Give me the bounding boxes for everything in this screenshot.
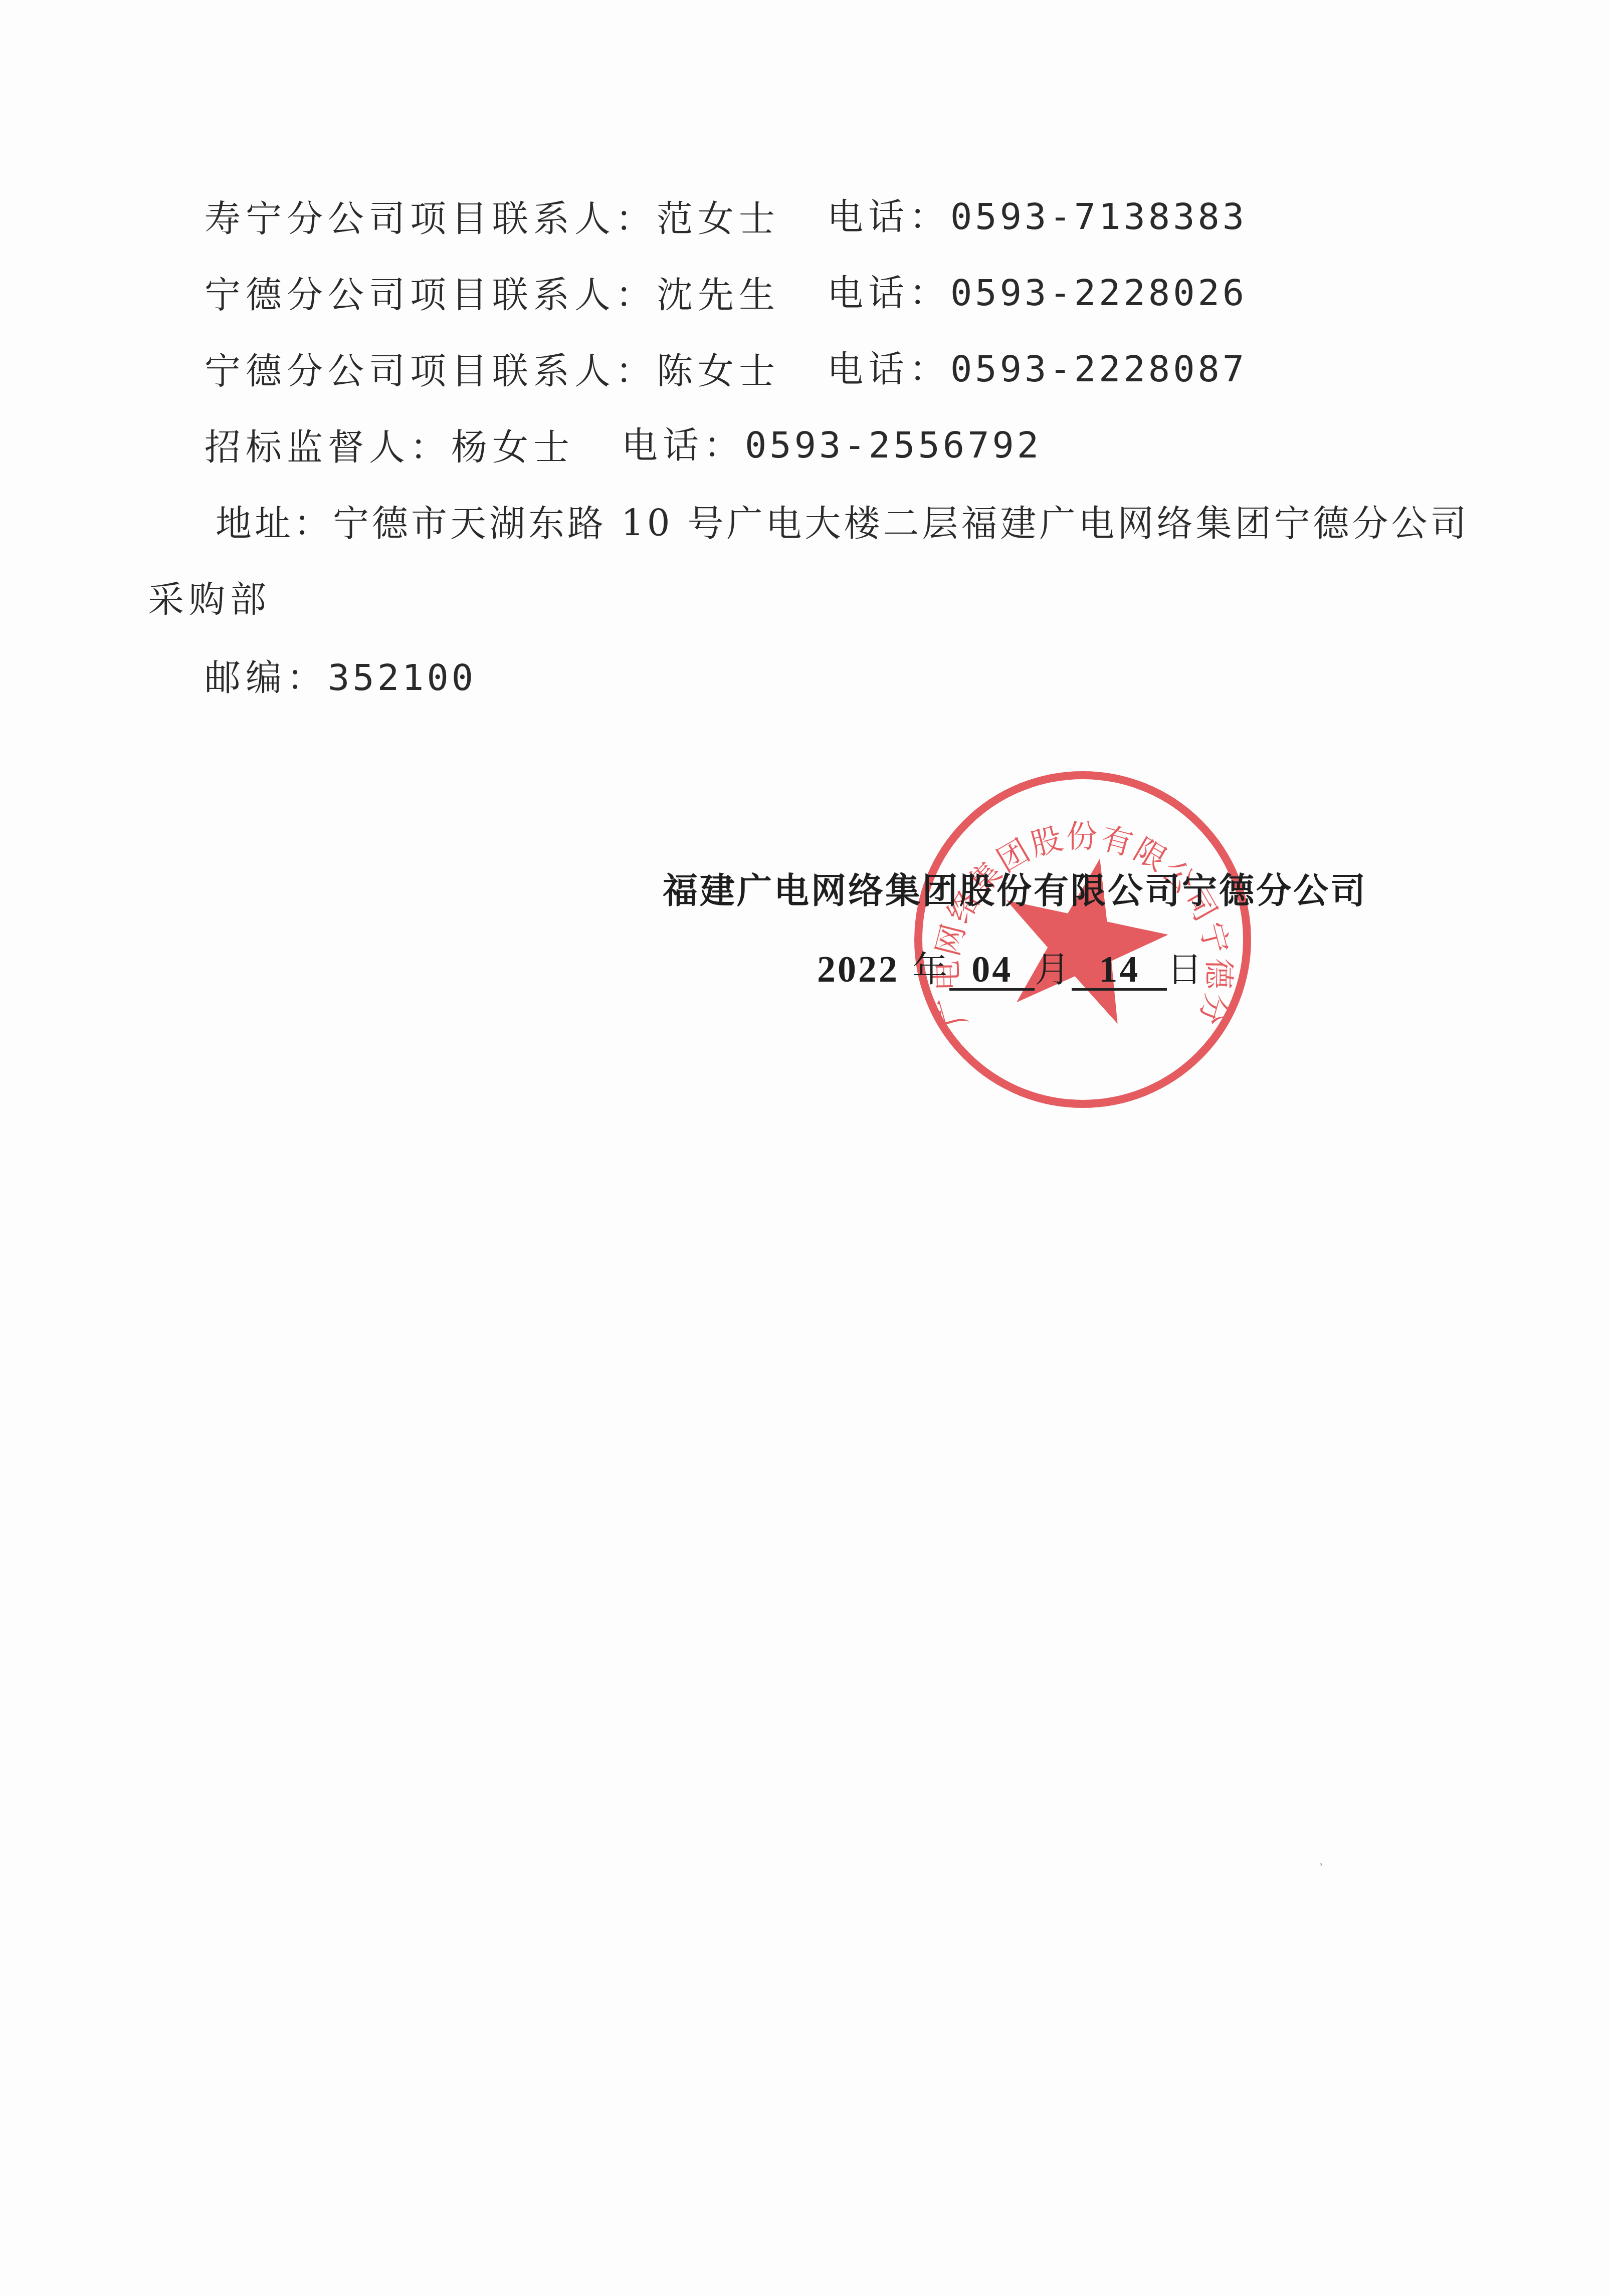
supervisor-label: 招标监督人： <box>205 429 451 465</box>
address-label: 地址： <box>216 505 333 541</box>
postcode-value: 352100 <box>328 659 476 696</box>
supervisor-phone-row: 电话：0593-2556792 <box>622 427 1042 463</box>
address-continuation: 采购部 <box>148 581 271 617</box>
supervisor-name: 杨女士 <box>451 429 574 465</box>
address-line2: 采购部 <box>148 581 271 617</box>
supervisor-row: 招标监督人：杨女士 <box>205 429 574 465</box>
postcode-label: 邮编： <box>205 659 328 696</box>
company-seal: 福建广电网络集团股份有限公司宁德分公司 <box>910 767 1256 1112</box>
contact-phone-row: 电话：0593-2228026 <box>827 275 1247 311</box>
contact-name: 范女士 <box>657 200 780 237</box>
address-row: 地址：宁德市天湖东路 10 号广电大楼二层福建广电网络集团宁德分公司 <box>216 505 1469 541</box>
phone-label: 电话： <box>827 198 950 235</box>
phone-number: 0593-2556792 <box>745 427 1042 463</box>
postcode-row: 邮编：352100 <box>205 659 476 696</box>
date-day: 14 <box>1072 951 1167 991</box>
contact-label: 寿宁分公司项目联系人： <box>205 200 657 237</box>
phone-label: 电话： <box>622 427 745 463</box>
seal-graphic: 福建广电网络集团股份有限公司宁德分公司 <box>910 767 1256 1112</box>
scan-speck: ˒ <box>1320 1859 1325 1871</box>
contact-phone-row: 电话：0593-2228087 <box>827 351 1247 387</box>
contact-name: 沈先生 <box>657 277 780 313</box>
document-page: 寿宁分公司项目联系人：范女士 电话：0593-7138383 宁德分公司项目联系… <box>0 0 1610 2296</box>
contact-phone-row: 电话：0593-7138383 <box>827 198 1247 235</box>
contact-row: 寿宁分公司项目联系人：范女士 <box>205 200 780 237</box>
phone-number: 0593-2228087 <box>950 351 1247 387</box>
contact-label: 宁德分公司项目联系人： <box>205 277 657 313</box>
date-day-unit: 日 <box>1167 949 1204 990</box>
phone-number: 0593-2228026 <box>950 275 1247 311</box>
address-line1: 宁德市天湖东路 10 号广电大楼二层福建广电网络集团宁德分公司 <box>333 505 1469 541</box>
contact-label: 宁德分公司项目联系人： <box>205 353 657 389</box>
contact-name: 陈女士 <box>657 353 780 389</box>
date-month: 04 <box>949 951 1035 991</box>
contact-row: 宁德分公司项目联系人：陈女士 <box>205 353 780 389</box>
signing-date: 2022 年04月14日 <box>817 951 1204 991</box>
phone-number: 0593-7138383 <box>950 198 1247 235</box>
contact-row: 宁德分公司项目联系人：沈先生 <box>205 277 780 313</box>
signing-company: 福建广电网络集团股份有限公司宁德分公司 <box>663 873 1367 908</box>
date-year-unit: 年 <box>912 949 949 990</box>
date-month-unit: 月 <box>1035 949 1072 990</box>
phone-label: 电话： <box>827 275 950 311</box>
date-year: 2022 <box>817 949 899 990</box>
phone-label: 电话： <box>827 351 950 387</box>
